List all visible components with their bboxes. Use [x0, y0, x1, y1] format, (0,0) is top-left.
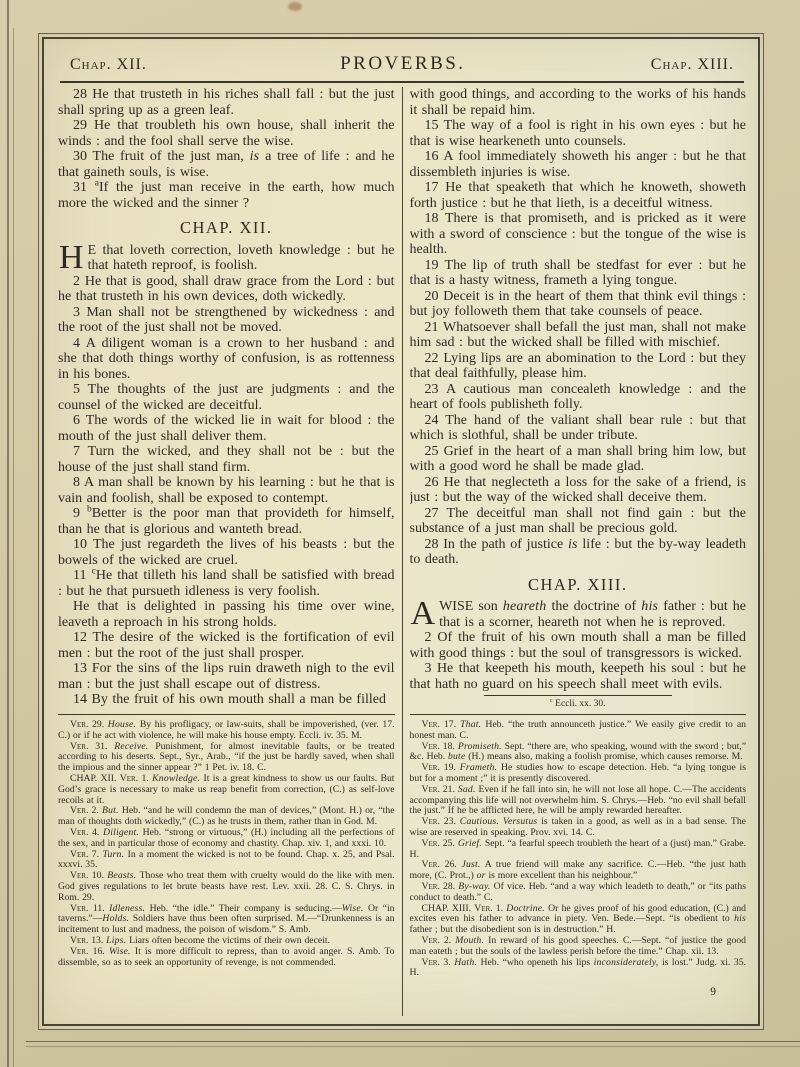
- chapter-heading-xii: CHAP. XII.: [58, 220, 395, 236]
- commentary-note: Ver. 2. But. Heb. “and he will condemn t…: [58, 806, 395, 828]
- scan-smudge: [288, 2, 302, 11]
- two-column-text-area: 28 He that trusteth in his riches shall …: [58, 83, 746, 1018]
- right-footnote-block: c Eccli. xx. 30.: [410, 692, 747, 709]
- footnote-references: c Eccli. xx. 30.: [410, 699, 747, 709]
- verse-paragraph: 2 He that is good, shall draw grace from…: [58, 274, 395, 305]
- left-column: 28 He that trusteth in his riches shall …: [58, 87, 395, 1018]
- verse-paragraph: 26 He that neglecteth a loss for the sak…: [410, 475, 747, 506]
- right-column: with good things, and according to the w…: [410, 87, 747, 1018]
- verse-paragraph: 20 Deceit is in the heart of them that t…: [410, 289, 747, 320]
- verse-paragraph: 23 A cautious man concealeth knowledge :…: [410, 382, 747, 413]
- commentary-note: Ver. 16. Wise. It is more difficult to r…: [58, 947, 395, 969]
- scan-page-edge-line: [7, 0, 9, 1067]
- right-commentary: Ver. 17. That. Heb. “the truth announcet…: [410, 714, 747, 1018]
- verse-text: E that loveth correction, loveth knowled…: [88, 243, 395, 274]
- verse-paragraph: 28 In the path of justice is life : but …: [410, 537, 747, 568]
- scan-bottom-edge-line: [26, 1041, 800, 1047]
- right-scripture-text: with good things, and according to the w…: [410, 87, 747, 709]
- commentary-note: Ver. 10. Beasts. Those who treat them wi…: [58, 871, 395, 903]
- commentary-note: Ver. 23. Cautious. Versutus is taken in …: [410, 817, 747, 839]
- commentary-note: Ver. 3. Hath. Heb. “who openeth his lips…: [410, 958, 747, 980]
- verse-paragraph: He that is delighted in passing his time…: [58, 599, 395, 630]
- verse-paragraph: 3 Man shall not be strengthened by wicke…: [58, 305, 395, 336]
- commentary-note: Ver. 17. That. Heb. “the truth announcet…: [410, 720, 747, 742]
- verse-paragraph: 21 Whatsoever shall befall the just man,…: [410, 320, 747, 351]
- page-border-frame: Chap. XII. PROVERBS. Chap. XIII. 28 He t…: [38, 33, 764, 1030]
- verse-paragraph: 16 A fool immediately showeth his anger …: [410, 149, 747, 180]
- column-divider-rule: [402, 87, 403, 1016]
- verse-paragraph: 18 There is that promiseth, and is prick…: [410, 211, 747, 258]
- commentary-note: Ver. 19. Frameth. He studies how to esca…: [410, 763, 747, 785]
- verse-paragraph: 15 The way of a fool is right in his own…: [410, 118, 747, 149]
- drop-cap-letter: H: [58, 243, 88, 271]
- verse-paragraph: 31 aIf the just man receive in the earth…: [58, 180, 395, 211]
- verse-paragraph: 17 He that speaketh that which he knowet…: [410, 180, 747, 211]
- commentary-note: CHAP. XIII. Ver. 1. Doctrine. Or he give…: [410, 904, 747, 936]
- running-head: Chap. XII. PROVERBS. Chap. XIII.: [58, 45, 746, 80]
- commentary-note: Ver. 4. Diligent. Heb. “strong or virtuo…: [58, 828, 395, 850]
- verse-paragraph: 2 Of the fruit of his own mouth shall a …: [410, 630, 747, 661]
- scan-page-edge-line: [13, 28, 14, 1067]
- left-scripture-text: 28 He that trusteth in his riches shall …: [58, 87, 395, 709]
- chapter-heading-xiii: CHAP. XIII.: [410, 577, 747, 593]
- verse-paragraph: 19 The lip of truth shall be stedfast fo…: [410, 258, 747, 289]
- verse-paragraph: 3 He that keepeth his mouth, keepeth his…: [410, 661, 747, 692]
- verse-paragraph: 24 The hand of the valiant shall bear ru…: [410, 413, 747, 444]
- drop-cap-letter: A: [410, 599, 440, 627]
- verse-paragraph: 5 The thoughts of the just are judgments…: [58, 382, 395, 413]
- verse-paragraph: 28 He that trusteth in his riches shall …: [58, 87, 395, 118]
- verse-paragraph: 25 Grief in the heart of a man shall bri…: [410, 444, 747, 475]
- verse-text: WISE son heareth the doctrine of his fat…: [439, 599, 746, 630]
- commentary-note: Ver. 11. Idleness. Heb. “the idle.” Thei…: [58, 904, 395, 936]
- left-commentary: Ver. 29. House. By his profligacy, or la…: [58, 714, 395, 1018]
- commentary-note: Ver. 31. Receive. Punishment, for almost…: [58, 742, 395, 774]
- verse-paragraph: 10 The just regardeth the lives of his b…: [58, 537, 395, 568]
- commentary-note: Ver. 25. Grief. Sept. “a fearful speech …: [410, 839, 747, 861]
- commentary-note: Ver. 26. Just. A true friend will make a…: [410, 860, 747, 882]
- verse-paragraph: 29 He that troubleth his own house, shal…: [58, 118, 395, 149]
- verse-paragraph: 9 bBetter is the poor man that provideth…: [58, 506, 395, 537]
- running-head-right-chapter: Chap. XIII.: [651, 56, 734, 74]
- commentary-note: Ver. 7. Turn. In a moment the wicked is …: [58, 850, 395, 872]
- verse-paragraph: 7 Turn the wicked, and they shall not be…: [58, 444, 395, 475]
- commentary-note: Ver. 29. House. By his profligacy, or la…: [58, 720, 395, 742]
- commentary-note: Ver. 2. Mouth. In reward of his good spe…: [410, 936, 747, 958]
- footnote-rule: [484, 695, 672, 696]
- verse-paragraph-dropcap: HE that loveth correction, loveth knowle…: [58, 243, 395, 274]
- page-number: 9: [410, 979, 747, 998]
- verse-paragraph: 4 A diligent woman is a crown to her hus…: [58, 336, 395, 383]
- verse-paragraph: 11 cHe that tilleth his land shall be sa…: [58, 568, 395, 599]
- verse-paragraph: 30 The fruit of the just man, is a tree …: [58, 149, 395, 180]
- commentary-note: Ver. 28. By-way. Of vice. Heb. “and a wa…: [410, 882, 747, 904]
- commentary-note: Ver. 21. Sad. Even if he fall into sin, …: [410, 785, 747, 817]
- verse-paragraph: 6 The words of the wicked lie in wait fo…: [58, 413, 395, 444]
- verse-paragraph: 12 The desire of the wicked is the forti…: [58, 630, 395, 661]
- verse-paragraph: 14 By the fruit of his own mouth shall a…: [58, 692, 395, 708]
- verse-continuation: with good things, and according to the w…: [410, 87, 747, 118]
- verse-paragraph: 27 The deceitful man shall not find gain…: [410, 506, 747, 537]
- commentary-note: CHAP. XII. Ver. 1. Knowledge. It is a gr…: [58, 774, 395, 806]
- page-inner: Chap. XII. PROVERBS. Chap. XIII. 28 He t…: [42, 37, 760, 1026]
- running-head-book-title: PROVERBS.: [340, 53, 465, 75]
- verse-paragraph: 8 A man shall be known by his learning :…: [58, 475, 395, 506]
- left-footnote-block: a 1 Pet. iv. 18.—b Eccli. x. 30.: [58, 708, 395, 710]
- verse-paragraph: 13 For the sins of the lips ruin draweth…: [58, 661, 395, 692]
- verse-paragraph-dropcap: AWISE son heareth the doctrine of his fa…: [410, 599, 747, 630]
- commentary-note: Ver. 18. Promiseth. Sept. “there are, wh…: [410, 742, 747, 764]
- verse-paragraph: 22 Lying lips are an abomination to the …: [410, 351, 747, 382]
- running-head-left-chapter: Chap. XII.: [70, 56, 147, 74]
